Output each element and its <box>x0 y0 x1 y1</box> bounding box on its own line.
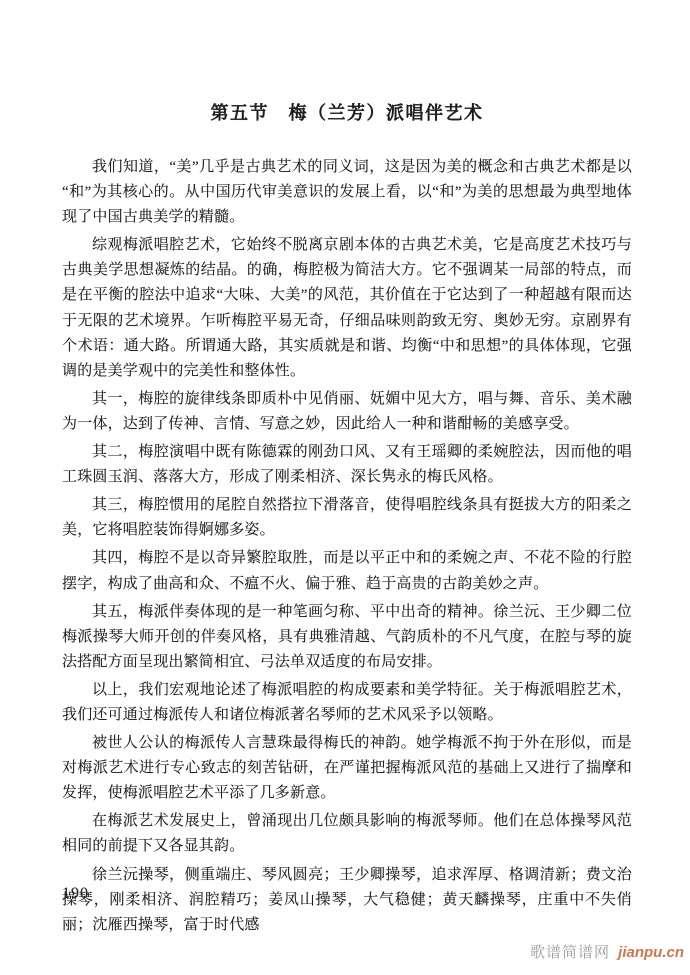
book-page: 第五节 梅（兰芳）派唱伴艺术 我们知道，“美”几乎是古典艺术的同义词，这是因为美… <box>0 0 690 975</box>
body-paragraph: 其四，梅腔不是以奇异繁腔取胜，而是以平正中和的柔婉之声、不花不险的行腔摆字，构成… <box>62 546 632 596</box>
body-paragraph: 被世人公认的梅派传人言慧珠最得梅氏的神韵。她学梅派不拘于外在形似，而是对梅派艺术… <box>62 731 632 806</box>
body-paragraph: 以上，我们宏观地论述了梅派唱腔的构成要素和美学特征。关于梅派唱腔艺术，我们还可通… <box>62 678 632 728</box>
site-watermark: 歌谱简谱网 jianpu.cn <box>530 941 684 962</box>
page-number: 190 <box>62 885 89 903</box>
body-paragraph: 我们知道，“美”几乎是古典艺术的同义词，这是因为美的概念和古典艺术都是以“和”为… <box>62 155 632 230</box>
body-paragraph: 综观梅派唱腔艺术，它始终不脱离京剧本体的古典艺术美，它是高度艺术技巧与古典美学思… <box>62 233 632 384</box>
page-content: 第五节 梅（兰芳）派唱伴艺术 我们知道，“美”几乎是古典艺术的同义词，这是因为美… <box>62 101 632 941</box>
body-paragraph: 其二，梅腔演唱中既有陈德霖的刚劲口风、又有王瑶卿的柔婉腔法，因而他的唱工珠圆玉润… <box>62 440 632 490</box>
body-text: 我们知道，“美”几乎是古典艺术的同义词，这是因为美的概念和古典艺术都是以“和”为… <box>62 155 632 938</box>
section-title: 第五节 梅（兰芳）派唱伴艺术 <box>62 101 632 125</box>
watermark-site-name: 歌谱简谱网 <box>530 944 610 961</box>
body-paragraph: 徐兰沅操琴，侧重端庄、琴风圆亮；王少卿操琴，追求浑厚、格调清新；费文治操琴，刚柔… <box>62 863 632 938</box>
watermark-site-url: jianpu.cn <box>618 944 684 961</box>
body-paragraph: 在梅派艺术发展史上，曾涌现出几位颇具影响的梅派琴师。他们在总体操琴风范相同的前提… <box>62 809 632 859</box>
body-paragraph: 其一，梅腔的旋律线条即质朴中见俏丽、妩媚中见大方，唱与舞、音乐、美术融为一体，达… <box>62 387 632 437</box>
body-paragraph: 其五，梅派伴奏体现的是一种笔画匀称、平中出奇的精神。徐兰沅、王少卿二位梅派操琴大… <box>62 600 632 675</box>
body-paragraph: 其三，梅腔惯用的尾腔自然搭拉下滑落音，使得唱腔线条具有挺拔大方的阳柔之美，它将唱… <box>62 493 632 543</box>
